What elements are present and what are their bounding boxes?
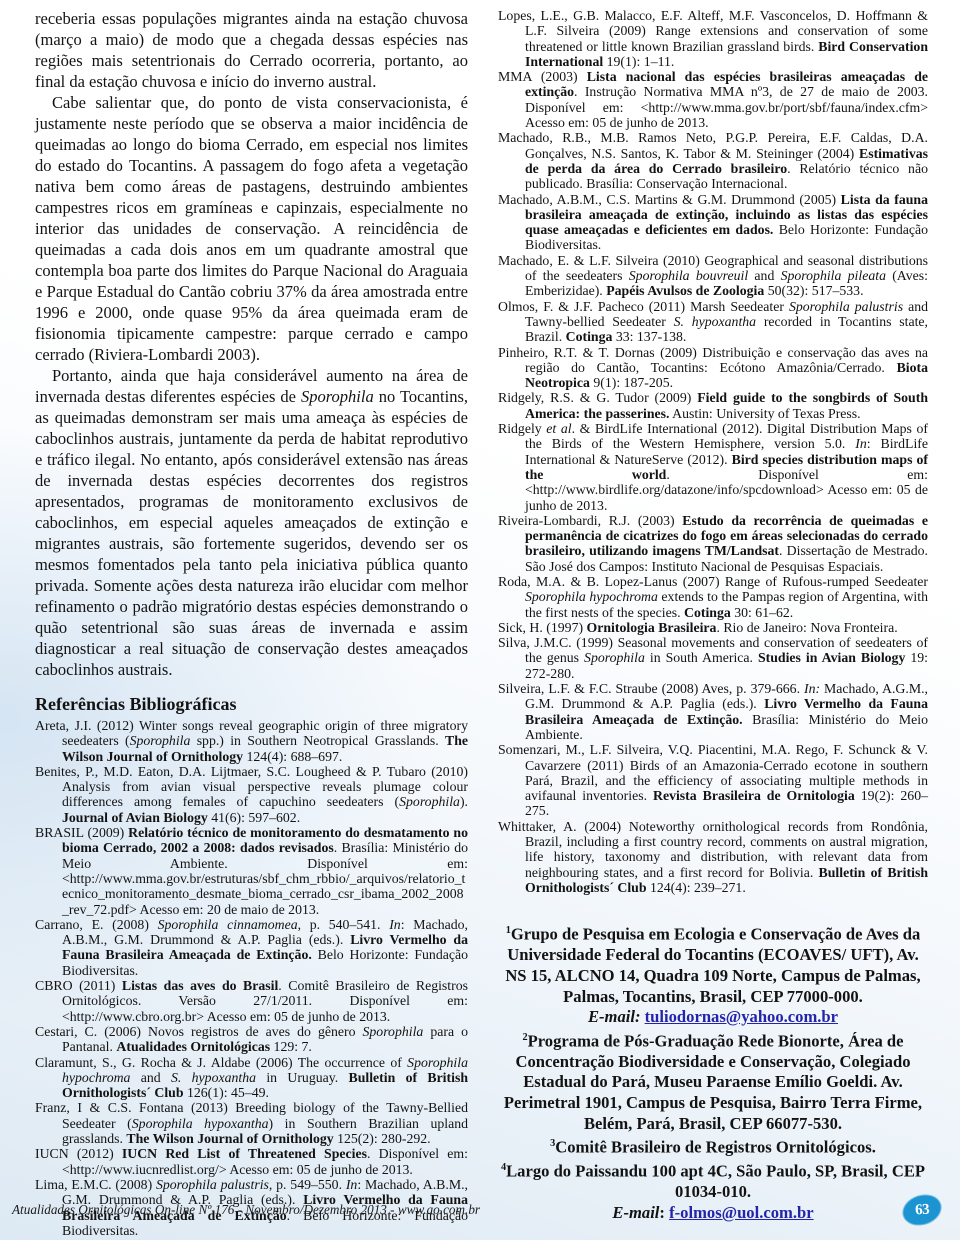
author-affiliations: 1Grupo de Pesquisa em Ecologia e Conserv… xyxy=(498,921,928,1223)
page-columns: receberia essas populações migrantes ain… xyxy=(0,0,960,1238)
reference-item: Ridgely et al. & BirdLife International … xyxy=(498,421,928,513)
reference-item: Machado, R.B., M.B. Ramos Neto, P.G.P. P… xyxy=(498,130,928,191)
reference-item: Olmos, F. & J.F. Pacheco (2011) Marsh Se… xyxy=(498,299,928,345)
reference-item: Silva, J.M.C. (1999) Seasonal movements … xyxy=(498,635,928,681)
right-column: Lopes, L.E., G.B. Malacco, E.F. Alteff, … xyxy=(498,8,928,1238)
body-paragraph: Portanto, ainda que haja considerável au… xyxy=(35,365,468,680)
reference-item: MMA (2003) Lista nacional das espécies b… xyxy=(498,69,928,130)
affiliation-line: E-mail: tuliodornas@yahoo.com.br xyxy=(498,1007,928,1028)
journal-footer-line: Atualidades Ornitológicas On-line Nº 176… xyxy=(12,1202,480,1218)
reference-item: Benites, P., M.D. Eaton, D.A. Lijtmaer, … xyxy=(35,764,468,825)
references-heading: Referências Bibliográficas xyxy=(35,693,468,715)
reference-item: Areta, J.I. (2012) Winter songs reveal g… xyxy=(35,718,468,764)
reference-item: Pinheiro, R.T. & T. Dornas (2009) Distri… xyxy=(498,345,928,391)
reference-item: CBRO (2011) Listas das aves do Brasil. C… xyxy=(35,978,468,1024)
reference-item: Claramunt, S., G. Rocha & J. Aldabe (200… xyxy=(35,1055,468,1101)
affiliation-line: 3Comitê Brasileiro de Registros Ornitoló… xyxy=(498,1134,928,1158)
reference-item: Silveira, L.F. & F.C. Straube (2008) Ave… xyxy=(498,681,928,742)
affiliation-line: 2Programa de Pós-Graduação Rede Bionorte… xyxy=(498,1028,928,1135)
left-column: receberia essas populações migrantes ain… xyxy=(35,8,468,1238)
journal-page: receberia essas populações migrantes ain… xyxy=(0,0,960,1240)
reference-item: Whittaker, A. (2004) Noteworthy ornithol… xyxy=(498,819,928,895)
affiliation-line: E-mail: f-olmos@uol.com.br xyxy=(498,1203,928,1224)
reference-item: Somenzari, M., L.F. Silveira, V.Q. Piace… xyxy=(498,742,928,818)
page-number: 63 xyxy=(915,1201,930,1219)
reference-item: BRASIL (2009) Relatório técnico de monit… xyxy=(35,825,468,917)
email-link[interactable]: tuliodornas@yahoo.com.br xyxy=(645,1007,838,1026)
reference-item: Carrano, E. (2008) Sporophila cinnamomea… xyxy=(35,917,468,978)
reference-item: Machado, A.B.M., C.S. Martins & G.M. Dru… xyxy=(498,192,928,253)
reference-item: IUCN (2012) IUCN Red List of Threatened … xyxy=(35,1146,468,1177)
affiliation-line: 1Grupo de Pesquisa em Ecologia e Conserv… xyxy=(498,921,928,1007)
reference-item: Sick, H. (1997) Ornitologia Brasileira. … xyxy=(498,620,928,635)
references-list-left: Areta, J.I. (2012) Winter songs reveal g… xyxy=(35,718,468,1238)
body-paragraph: Cabe salientar que, do ponto de vista co… xyxy=(35,92,468,365)
references-list-right: Lopes, L.E., G.B. Malacco, E.F. Alteff, … xyxy=(498,8,928,895)
body-paragraphs: receberia essas populações migrantes ain… xyxy=(35,8,468,680)
reference-item: Roda, M.A. & B. Lopez-Lanus (2007) Range… xyxy=(498,574,928,620)
body-paragraph: receberia essas populações migrantes ain… xyxy=(35,8,468,92)
email-link[interactable]: f-olmos@uol.com.br xyxy=(669,1203,813,1222)
reference-item: Cestari, C. (2006) Novos registros de av… xyxy=(35,1024,468,1055)
affiliation-line: 4Largo do Paissandu 100 apt 4C, São Paul… xyxy=(498,1158,928,1203)
reference-item: Riveira-Lombardi, R.J. (2003) Estudo da … xyxy=(498,513,928,574)
reference-item: Lopes, L.E., G.B. Malacco, E.F. Alteff, … xyxy=(498,8,928,69)
reference-item: Machado, E. & L.F. Silveira (2010) Geogr… xyxy=(498,253,928,299)
reference-item: Ridgely, R.S. & G. Tudor (2009) Field gu… xyxy=(498,390,928,421)
reference-item: Franz, I & C.S. Fontana (2013) Breeding … xyxy=(35,1100,468,1146)
